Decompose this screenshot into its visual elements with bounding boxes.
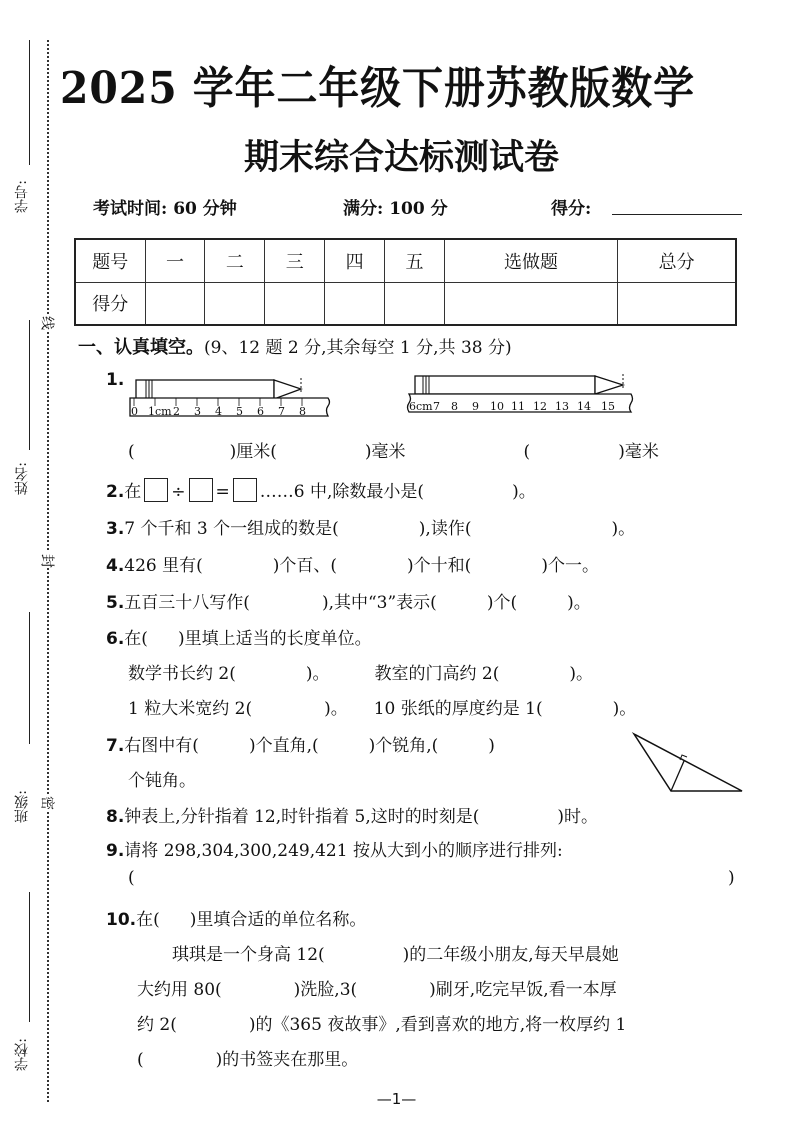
svg-text:12: 12 — [533, 400, 547, 413]
question-10-line2: 大约用 80()洗脸,3()刷牙,吃完早饭,看一本厚 — [137, 975, 617, 1000]
table-header-row: 题号 一 二 三 四 五 选做题 总分 — [75, 239, 736, 282]
question-9: 9.请将 298,304,300,249,421 按从大到小的顺序进行排列: — [106, 836, 563, 861]
table-cell: 四 — [325, 239, 385, 282]
section-heading: 一、认真填空。(9、12 题 2 分,其余每空 1 分,共 38 分) — [78, 333, 512, 359]
quotient-box[interactable] — [233, 478, 257, 502]
dividend-box[interactable] — [144, 478, 168, 502]
exam-time: 考试时间: 60 分钟 — [93, 194, 237, 219]
question-2: 2.在÷=……6 中,除数最小是()。 — [106, 477, 536, 502]
q9-answer-blank[interactable] — [140, 868, 725, 890]
score-blank[interactable] — [612, 214, 742, 215]
score-entry-cell[interactable] — [618, 282, 736, 325]
table-cell: 五 — [385, 239, 445, 282]
exam-title: 2025 学年二年级下册苏教版数学 — [60, 52, 692, 116]
student-id-label: 学号: — [10, 180, 34, 213]
full-score: 满分: 100 分 — [343, 194, 448, 219]
score-entry-cell[interactable] — [444, 282, 617, 325]
table-cell: 一 — [145, 239, 205, 282]
question-7: 7.右图中有()个直角,()个锐角,() — [106, 731, 495, 756]
question-5: 5.五百三十八写作(),其中“3”表示()个()。 — [106, 588, 591, 613]
seal-char-seal: 封 — [41, 552, 55, 568]
triangle-figure-icon — [628, 728, 746, 794]
svg-text:6: 6 — [257, 405, 264, 418]
svg-text:1cm: 1cm — [148, 405, 172, 418]
binding-dotted-line — [47, 40, 49, 1102]
q9-close-paren: ) — [728, 868, 735, 888]
svg-text:10: 10 — [490, 400, 504, 413]
question-7-line2: 个钝角。 — [128, 766, 196, 791]
svg-text:6cm: 6cm — [409, 400, 433, 413]
svg-text:4: 4 — [215, 405, 222, 418]
score-entry-cell[interactable] — [205, 282, 265, 325]
svg-text:2: 2 — [173, 405, 180, 418]
class-line — [29, 612, 30, 744]
svg-text:13: 13 — [555, 400, 569, 413]
question-8: 8.钟表上,分针指着 12,时针指着 5,这时的时刻是()时。 — [106, 802, 598, 827]
section-title: 一、认真填空。 — [78, 337, 204, 358]
table-cell: 二 — [205, 239, 265, 282]
svg-text:3: 3 — [194, 405, 201, 418]
school-label: 学校: — [10, 1038, 34, 1071]
question-10-line3: 约 2()的《365 夜故事》,看到喜欢的地方,将一枚厚约 1 — [137, 1010, 626, 1035]
score-entry-cell[interactable] — [325, 282, 385, 325]
question-10-line1: 琪琪是一个身高 12()的二年级小朋友,每天早晨她 — [172, 940, 619, 965]
question-6-line2: 1 粒大米宽约 2()。10 张纸的厚度约是 1()。 — [128, 694, 636, 719]
svg-text:9: 9 — [472, 400, 479, 413]
svg-text:7: 7 — [278, 405, 285, 418]
table-cell: 总分 — [618, 239, 736, 282]
question-10: 10.在()里填合适的单位名称。 — [106, 905, 366, 930]
page-number: —1— — [0, 1090, 793, 1108]
svg-text:7: 7 — [433, 400, 440, 413]
school-line — [29, 892, 30, 1022]
section-note: (9、12 题 2 分,其余每空 1 分,共 38 分) — [204, 338, 512, 358]
seal-char-line: 线 — [41, 314, 55, 330]
question-4: 4.426 里有()个百、()个十和()个一。 — [106, 551, 599, 576]
question-6-line1: 数学书长约 2()。教室的门高约 2()。 — [128, 659, 593, 684]
question-3: 3.7 个千和 3 个一组成的数是(),读作()。 — [106, 514, 635, 539]
name-label: 姓名: — [10, 462, 34, 495]
table-score-row: 得分 — [75, 282, 736, 325]
score-label: 得分: — [551, 194, 591, 219]
score-entry-cell[interactable] — [145, 282, 205, 325]
svg-text:0: 0 — [131, 405, 138, 418]
class-label: 班级: — [10, 790, 34, 823]
table-cell: 得分 — [75, 282, 145, 325]
exam-subtitle: 期末综合达标测试卷 — [0, 130, 793, 180]
question-number: 1. — [106, 370, 124, 390]
seal-char-secret: 密 — [41, 794, 55, 810]
ruler-pencil-2-icon: 6cm 7 8 9 10 11 12 13 14 15 — [405, 372, 637, 416]
divisor-box[interactable] — [189, 478, 213, 502]
svg-text:8: 8 — [299, 405, 306, 418]
svg-text:15: 15 — [601, 400, 615, 413]
score-table: 题号 一 二 三 四 五 选做题 总分 得分 — [74, 238, 737, 326]
q1-answer-line: ()厘米()毫米()毫米 — [128, 437, 659, 462]
table-cell: 选做题 — [444, 239, 617, 282]
q9-open-paren: ( — [128, 868, 135, 888]
score-entry-cell[interactable] — [265, 282, 325, 325]
question-6: 6.在()里填上适当的长度单位。 — [106, 624, 372, 649]
score-entry-cell[interactable] — [385, 282, 445, 325]
ruler-pencil-1-icon: 0 1cm 2 3 4 5 6 7 8 — [128, 378, 333, 420]
table-cell: 题号 — [75, 239, 145, 282]
name-line — [29, 320, 30, 450]
svg-text:11: 11 — [511, 400, 525, 413]
svg-text:8: 8 — [451, 400, 458, 413]
svg-text:14: 14 — [577, 400, 591, 413]
table-cell: 三 — [265, 239, 325, 282]
question-10-line4: ()的书签夹在那里。 — [137, 1045, 358, 1070]
svg-text:5: 5 — [236, 405, 243, 418]
